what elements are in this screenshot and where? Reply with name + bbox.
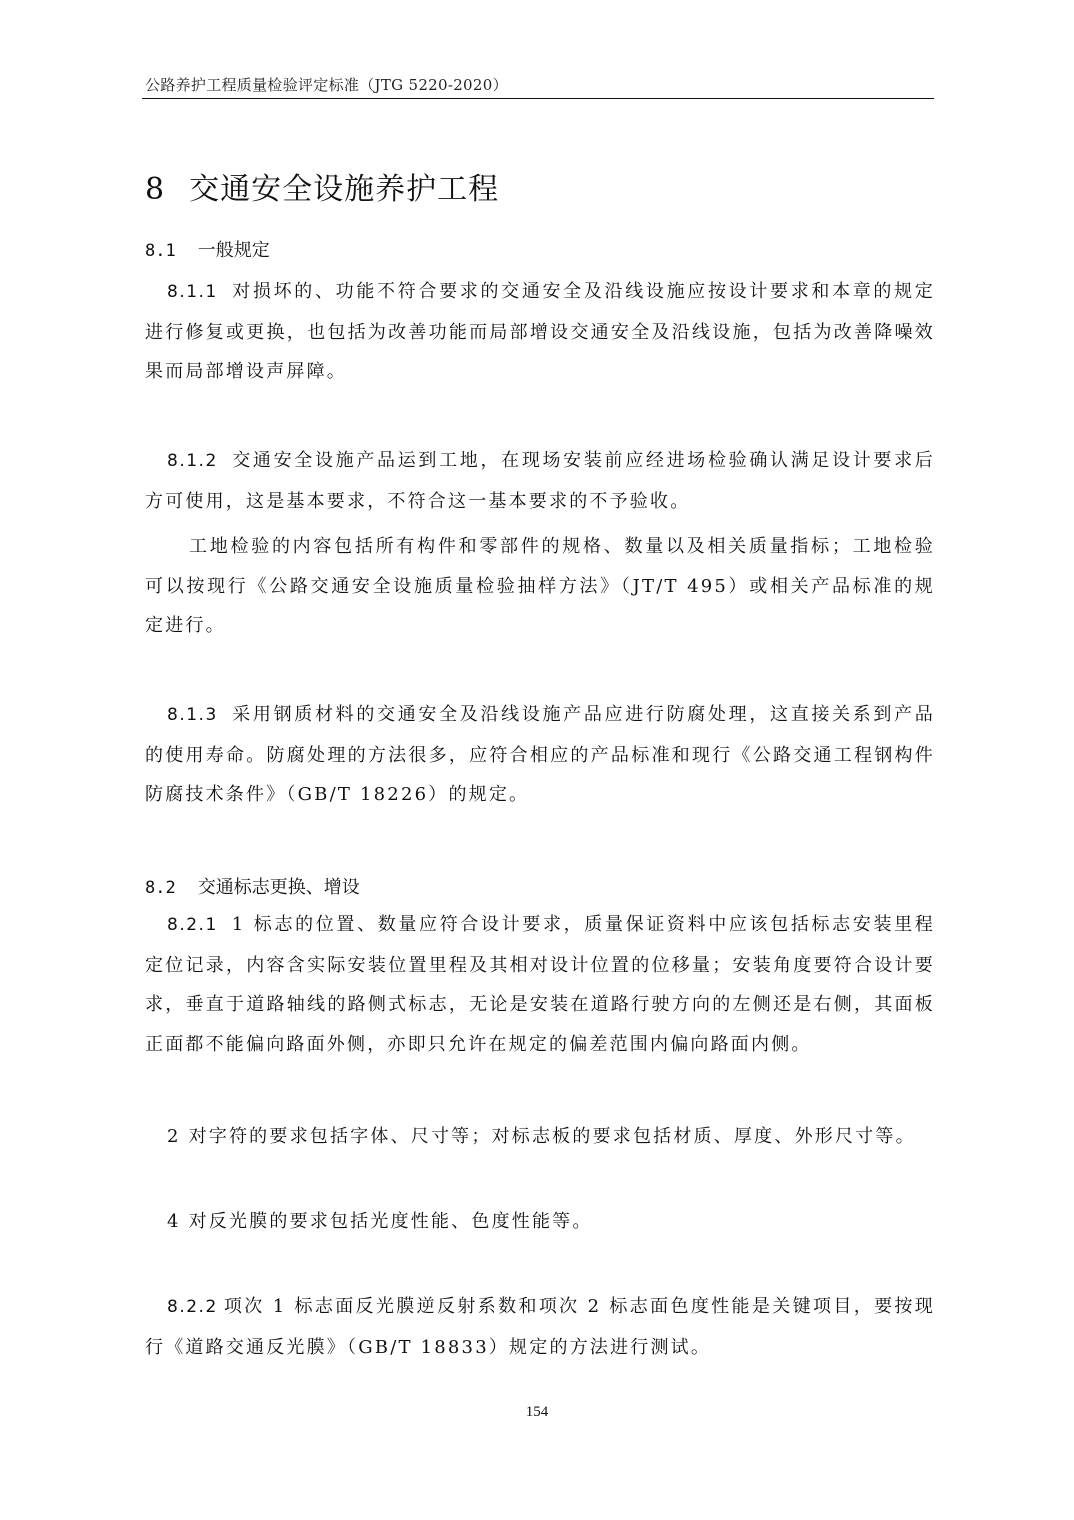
clause-number: 8.2.1 <box>167 915 218 935</box>
clause-number: 8.2.2 <box>167 1297 218 1317</box>
section-title-text: 一般规定 <box>198 240 270 261</box>
chapter-title-text: 交通安全设施养护工程 <box>189 172 499 207</box>
clause-8-2-1-item-4: 4 对反光膜的要求包括光度性能、色度性能等。 <box>145 1202 935 1242</box>
clause-8-1-2: 8.1.2交通安全设施产品运到工地，在现场安装前应经进场检验确认满足设计要求后方… <box>145 441 935 521</box>
clause-text: 1 标志的位置、数量应符合设计要求，质量保证资料中应该包括标志安装里程定位记录，… <box>145 914 935 1055</box>
clause-number: 8.1.3 <box>167 705 218 725</box>
clause-8-1-2-explanation: 工地检验的内容包括所有构件和零部件的规格、数量以及相关质量指标；工地检验可以按现… <box>145 527 935 646</box>
section-title-text: 交通标志更换、增设 <box>198 877 360 898</box>
section-number: 8.1 <box>145 241 176 261</box>
clause-number: 8.1.1 <box>167 282 218 302</box>
clause-8-2-1: 8.2.11 标志的位置、数量应符合设计要求，质量保证资料中应该包括标志安装里程… <box>145 905 935 1064</box>
clause-8-1-3: 8.1.3采用钢质材料的交通安全及沿线设施产品应进行防腐处理，这直接关系到产品的… <box>145 695 935 815</box>
header-rule <box>142 98 934 99</box>
clause-text: 交通安全设施产品运到工地，在现场安装前应经进场检验确认满足设计要求后方可使用，这… <box>145 450 935 512</box>
clause-8-2-1-item-2: 2 对字符的要求包括字体、尺寸等；对标志板的要求包括材质、厚度、外形尺寸等。 <box>145 1117 935 1157</box>
section-title-8-1: 8.1一般规定 <box>145 236 270 262</box>
chapter-title: 8交通安全设施养护工程 <box>145 164 499 208</box>
clause-text: 采用钢质材料的交通安全及沿线设施产品应进行防腐处理，这直接关系到产品的使用寿命。… <box>145 704 935 805</box>
clause-text: 对损坏的、功能不符合要求的交通安全及沿线设施应按设计要求和本章的规定进行修复或更… <box>145 281 935 382</box>
clause-8-1-1: 8.1.1对损坏的、功能不符合要求的交通安全及沿线设施应按设计要求和本章的规定进… <box>145 272 935 392</box>
clause-8-2-2: 8.2.2项次 1 标志面反光膜逆反射系数和项次 2 标志面色度性能是关键项目，… <box>145 1287 935 1367</box>
clause-number: 8.1.2 <box>167 451 218 471</box>
section-title-8-2: 8.2交通标志更换、增设 <box>145 873 360 899</box>
section-number: 8.2 <box>145 878 176 898</box>
page-number: 154 <box>0 1404 1074 1421</box>
running-header: 公路养护工程质量检验评定标准（JTG 5220-2020） <box>145 74 935 95</box>
chapter-number: 8 <box>145 172 165 207</box>
clause-text: 项次 1 标志面反光膜逆反射系数和项次 2 标志面色度性能是关键项目，要按现行《… <box>145 1296 935 1358</box>
